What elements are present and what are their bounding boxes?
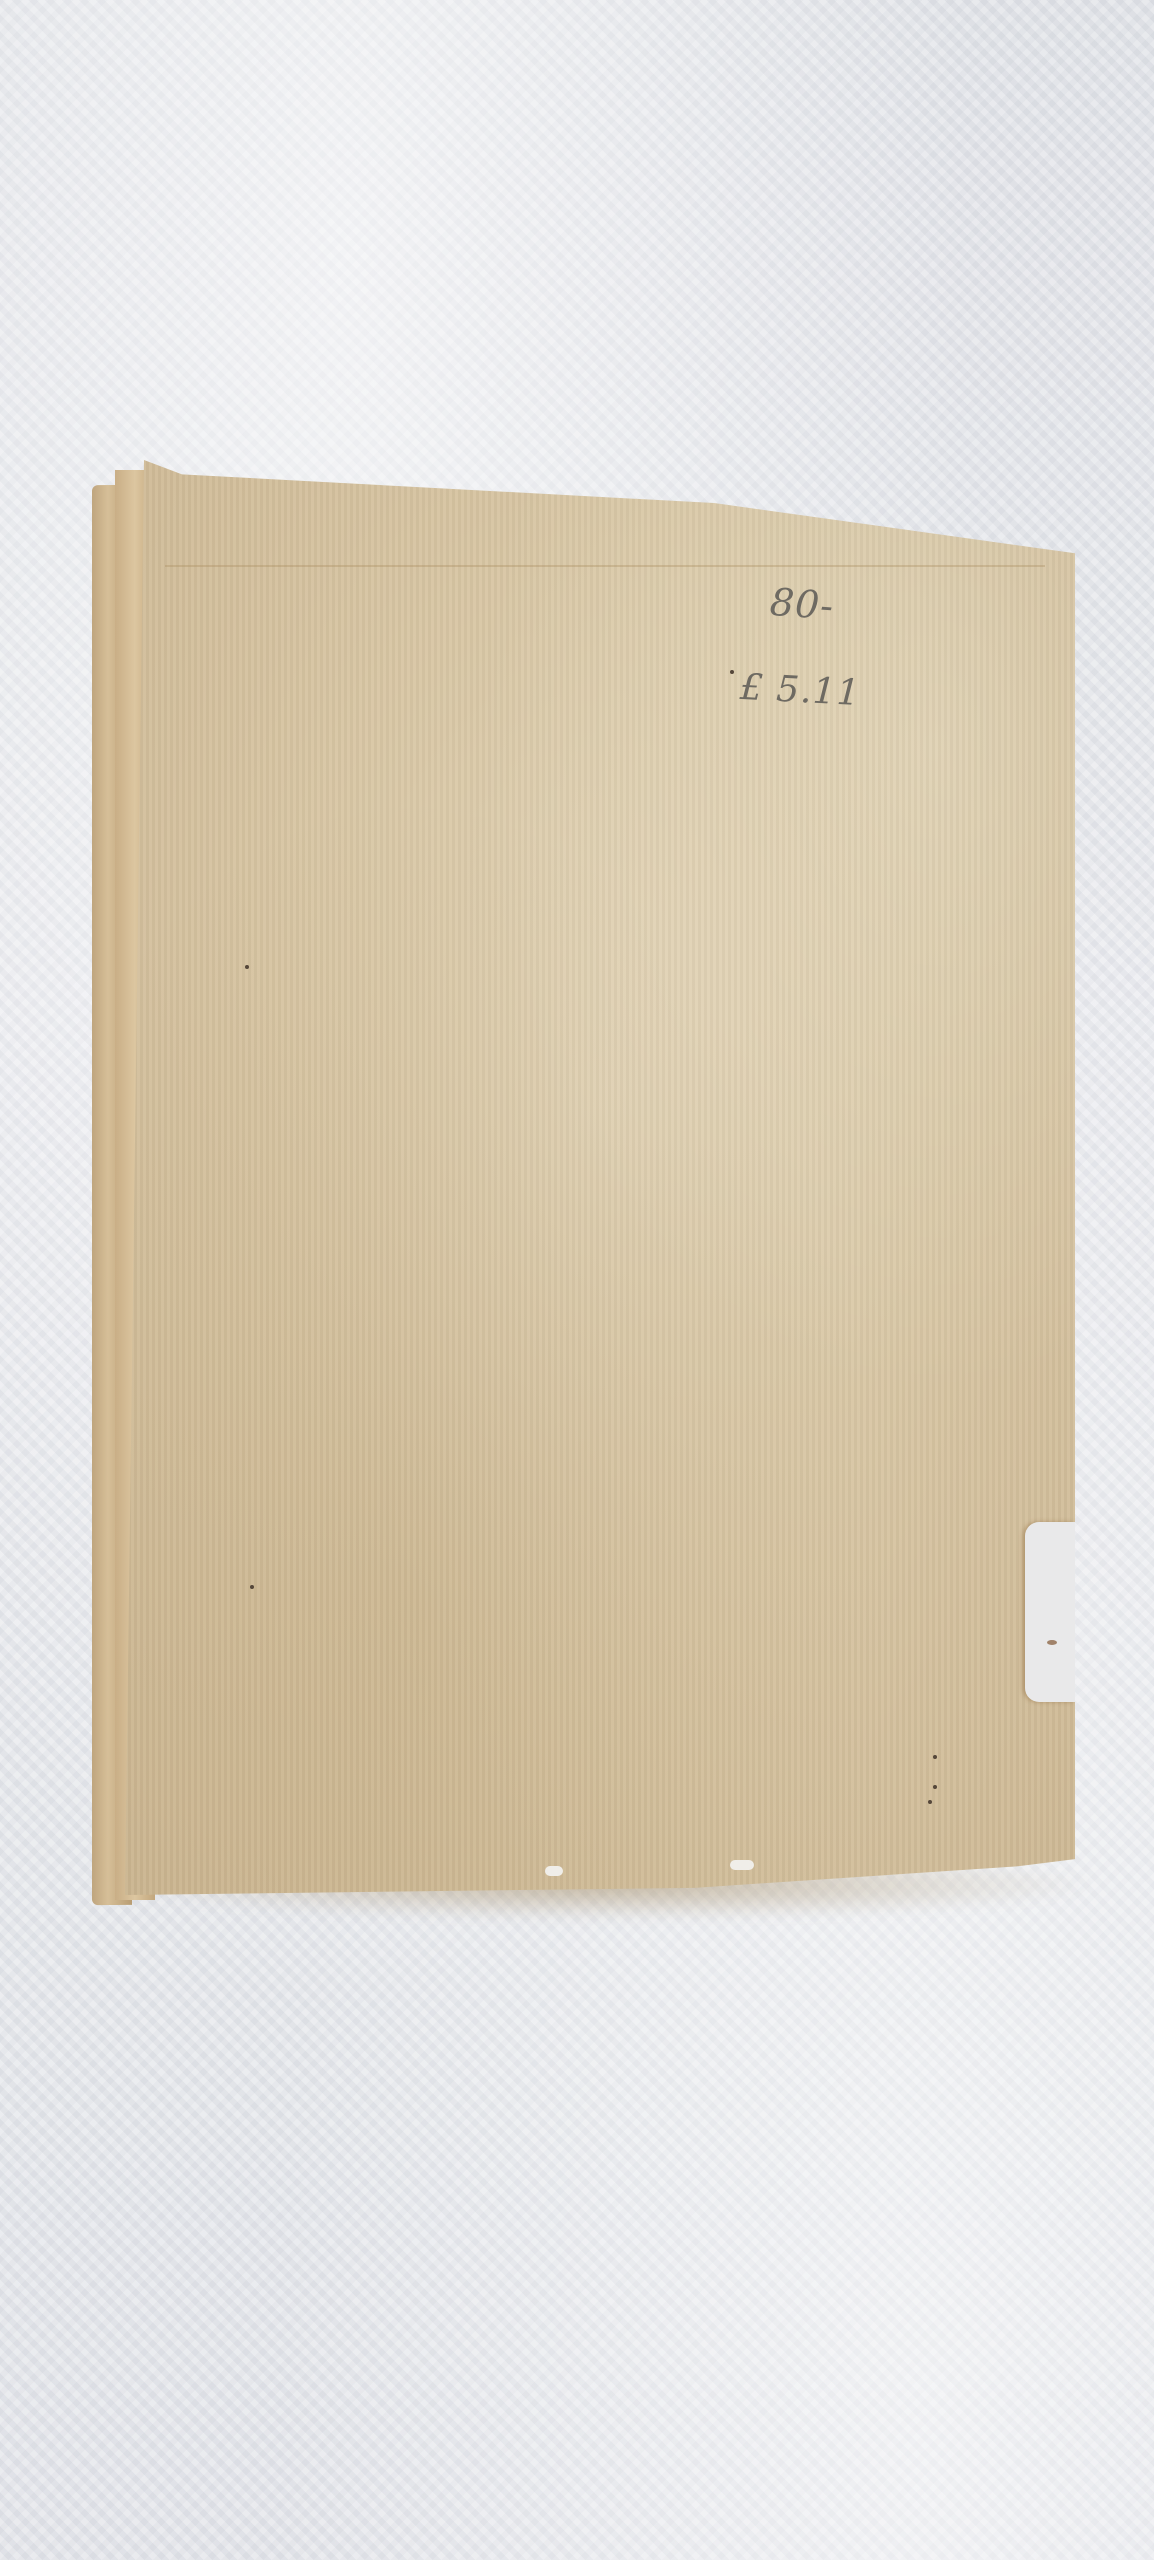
worn-edge-spot [730,1860,754,1870]
paper-label [1025,1522,1075,1702]
stain-speck [250,1585,254,1589]
stain-speck [933,1785,937,1789]
handwritten-note-price: 80- [769,580,836,628]
book-back-cover: 80- £ 5.11 [125,460,1075,1895]
cover-fold-line [165,565,1045,567]
stain-speck [928,1800,932,1804]
worn-edge-spot [545,1866,563,1876]
handwritten-note-code: £ 5.11 [739,667,861,714]
paper-texture [125,460,1075,1895]
stain-speck [933,1755,937,1759]
stain-speck [730,670,734,674]
label-mark [1047,1640,1057,1645]
stain-speck [245,965,249,969]
